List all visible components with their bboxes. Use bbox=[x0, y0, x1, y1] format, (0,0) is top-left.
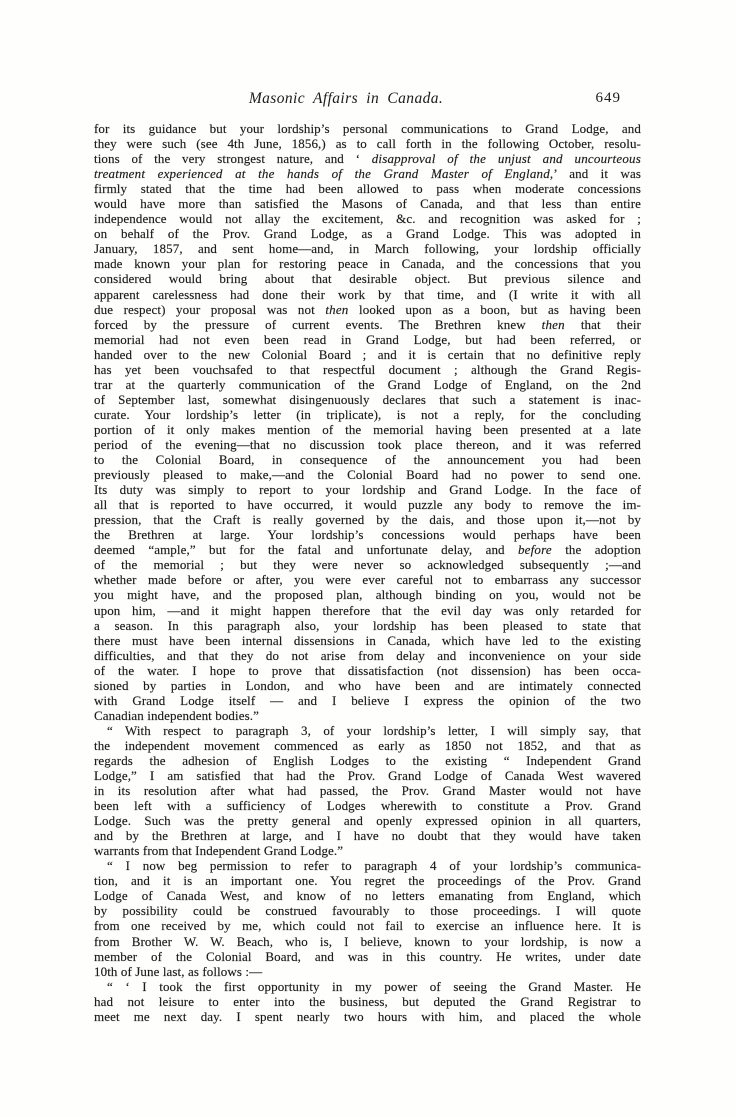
text-line: trar at the quarterly communication of t… bbox=[94, 377, 641, 392]
text-line: has yet been vouchsafed to that respectf… bbox=[94, 362, 641, 377]
text-line: Canadian independent bodies.” bbox=[94, 708, 641, 723]
text-line: tion, and it is an important one. You re… bbox=[94, 873, 641, 888]
text-line: due respect) your proposal was not then … bbox=[94, 302, 641, 317]
text-line: treatment experienced at the hands of th… bbox=[94, 166, 641, 181]
text-line: 10th of June last, as follows :— bbox=[94, 964, 641, 979]
text-line: would have more than satisfied the Mason… bbox=[94, 196, 641, 211]
text-line: warrants from that Independent Grand Lod… bbox=[94, 843, 641, 858]
text-line: independence would not allay the excitem… bbox=[94, 211, 641, 226]
text-line: the Brethren at large. Your lordship’s c… bbox=[94, 527, 641, 542]
text-line: on behalf of the Prov. Grand Lodge, as a… bbox=[94, 226, 641, 241]
text-line: “ I now beg permission to refer to parag… bbox=[94, 858, 641, 873]
text-line: they were such (see 4th June, 1856,) as … bbox=[94, 136, 641, 151]
text-line: there must have been internal dissension… bbox=[94, 633, 641, 648]
scanned-book-page: Masonic Affairs in Canada. 649 for its g… bbox=[0, 0, 735, 1117]
text-line: the independent movement commenced as ea… bbox=[94, 738, 641, 753]
text-line: with Grand Lodge itself — and I believe … bbox=[94, 693, 641, 708]
text-line: from one received by me, which could not… bbox=[94, 918, 641, 933]
running-header: Masonic Affairs in Canada. 649 bbox=[95, 90, 641, 110]
text-line: a season. In this paragraph also, your l… bbox=[94, 618, 641, 633]
text-line: all that is reported to have occurred, i… bbox=[94, 497, 641, 512]
text-line: apparent carelessness had done their wor… bbox=[94, 287, 641, 302]
text-line: Its duty was simply to report to your lo… bbox=[94, 482, 641, 497]
text-line: considered would bring about that desira… bbox=[94, 271, 641, 286]
text-line: in its resolution after what had passed,… bbox=[94, 783, 641, 798]
text-line: upon him, —and it might happen therefore… bbox=[94, 603, 641, 618]
text-line: firmly stated that the time had been all… bbox=[94, 181, 641, 196]
text-line: portion of it only makes mention of the … bbox=[94, 422, 641, 437]
text-line: Lodge. Such was the pretty general and o… bbox=[94, 813, 641, 828]
text-line: been left with a sufficiency of Lodges w… bbox=[94, 798, 641, 813]
text-line: regards the adhesion of English Lodges t… bbox=[94, 753, 641, 768]
text-line: previously pleased to make,—and the Colo… bbox=[94, 467, 641, 482]
text-line: meet me next day. I spent nearly two hou… bbox=[94, 1009, 641, 1024]
text-line: “ ‘ I took the first opportunity in my p… bbox=[94, 979, 641, 994]
text-line: January, 1857, and sent home—and, in Mar… bbox=[94, 241, 641, 256]
text-line: member of the Colonial Board, and was in… bbox=[94, 949, 641, 964]
text-line: curate. Your lordship’s letter (in tripl… bbox=[94, 407, 641, 422]
text-line: handed over to the new Colonial Board ; … bbox=[94, 347, 641, 362]
text-line: had not leisure to enter into the busine… bbox=[94, 994, 641, 1009]
text-line: deemed “ample,” but for the fatal and un… bbox=[94, 542, 641, 557]
text-line: you might have, and the proposed plan, a… bbox=[94, 587, 641, 602]
text-line: difficulties, and that they do not arise… bbox=[94, 648, 641, 663]
text-line: of the water. I hope to prove that dissa… bbox=[94, 663, 641, 678]
text-line: Lodge,” I am satisfied that had the Prov… bbox=[94, 768, 641, 783]
text-line: memorial had not even been read in Grand… bbox=[94, 332, 641, 347]
page-title: Masonic Affairs in Canada. bbox=[249, 90, 443, 108]
text-line: and by the Brethren at large, and I have… bbox=[94, 828, 641, 843]
text-line: tions of the very strongest nature, and … bbox=[94, 151, 641, 166]
text-block: for its guidance but your lordship’s per… bbox=[94, 121, 641, 1024]
text-line: of September last, somewhat disingenuous… bbox=[94, 392, 641, 407]
page-number: 649 bbox=[596, 90, 622, 107]
text-line: pression, that the Craft is really gover… bbox=[94, 512, 641, 527]
text-line: by possibility could be construed favour… bbox=[94, 903, 641, 918]
text-line: sioned by parties in London, and who hav… bbox=[94, 678, 641, 693]
text-line: period of the evening—that no discussion… bbox=[94, 437, 641, 452]
text-line: to the Colonial Board, in consequence of… bbox=[94, 452, 641, 467]
text-line: from Brother W. W. Beach, who is, I beli… bbox=[94, 934, 641, 949]
text-line: of the memorial ; but they were never so… bbox=[94, 557, 641, 572]
text-line: whether made before or after, you were e… bbox=[94, 572, 641, 587]
text-line: forced by the pressure of current events… bbox=[94, 317, 641, 332]
text-line: Lodge of Canada West, and know of no let… bbox=[94, 888, 641, 903]
text-line: for its guidance but your lordship’s per… bbox=[94, 121, 641, 136]
text-line: made known your plan for restoring peace… bbox=[94, 256, 641, 271]
text-line: “ With respect to paragraph 3, of your l… bbox=[94, 723, 641, 738]
